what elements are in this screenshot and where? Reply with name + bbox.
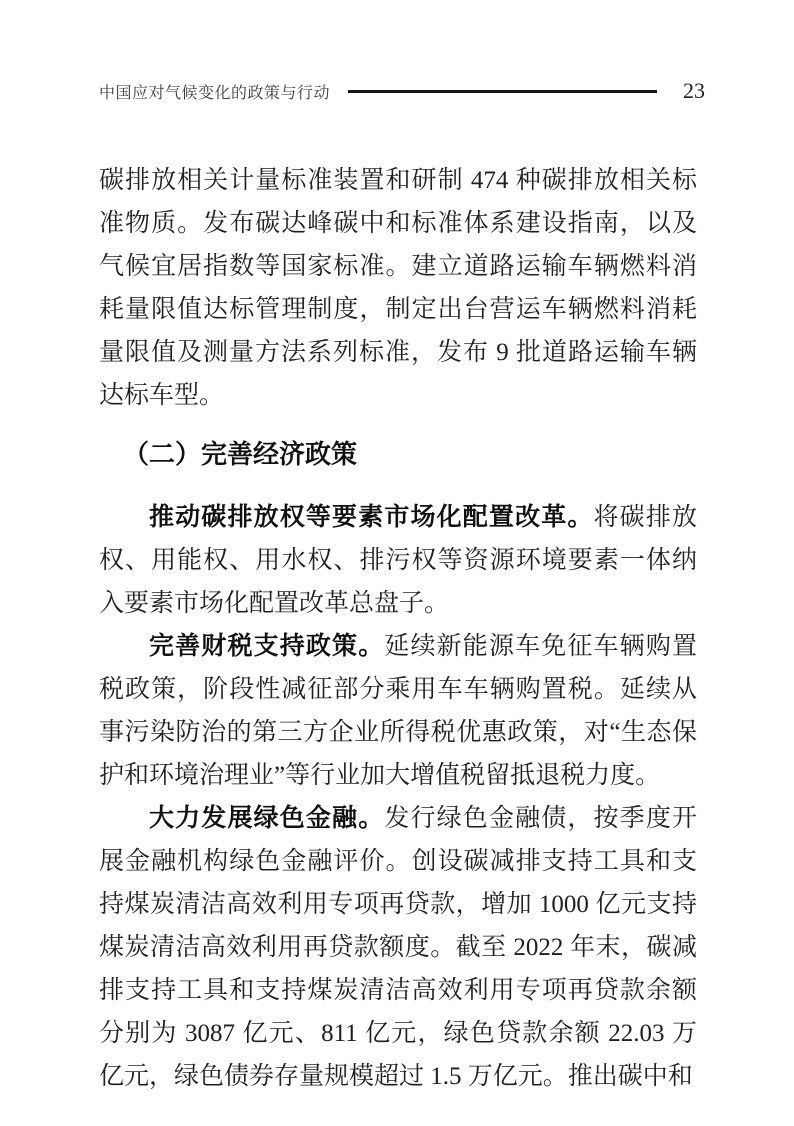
paragraph-text: 碳排放相关计量标准装置和研制 474 种碳排放相关标准物质。发布碳达峰碳中和标准… (99, 167, 697, 409)
page-number: 23 (683, 78, 705, 104)
paragraph-text: 发行绿色金融债，按季度开展金融机构绿色金融评价。创设碳减排支持工具和支持煤炭清洁… (99, 805, 697, 1090)
header-rule (348, 90, 657, 93)
paragraph-lead-bold: 推动碳排放权等要素市场化配置改革。 (149, 503, 594, 531)
running-header-title: 中国应对气候变化的政策与行动 (99, 80, 330, 103)
paragraph-continuation: 碳排放相关计量标准装置和研制 474 种碳排放相关标准物质。发布碳达峰碳中和标准… (99, 159, 697, 417)
paragraph-lead-bold: 完善财税支持政策。 (149, 632, 384, 660)
paragraph-market-reform: 推动碳排放权等要素市场化配置改革。将碳排放权、用能权、用水权、排污权等资源环境要… (99, 496, 697, 625)
paragraph-lead-bold: 大力发展绿色金融。 (149, 804, 384, 832)
page-header: 中国应对气候变化的政策与行动 23 (0, 0, 794, 104)
section-heading: （二）完善经济政策 (99, 436, 697, 472)
paragraph-fiscal-tax: 完善财税支持政策。延续新能源车免征车辆购置税政策，阶段性减征部分乘用车车辆购置税… (99, 625, 697, 797)
document-body: 碳排放相关计量标准装置和研制 474 种碳排放相关标准物质。发布碳达峰碳中和标准… (0, 159, 794, 1098)
document-page: 中国应对气候变化的政策与行动 23 碳排放相关计量标准装置和研制 474 种碳排… (0, 0, 794, 1126)
paragraph-green-finance: 大力发展绿色金融。发行绿色金融债，按季度开展金融机构绿色金融评价。创设碳减排支持… (99, 797, 697, 1098)
